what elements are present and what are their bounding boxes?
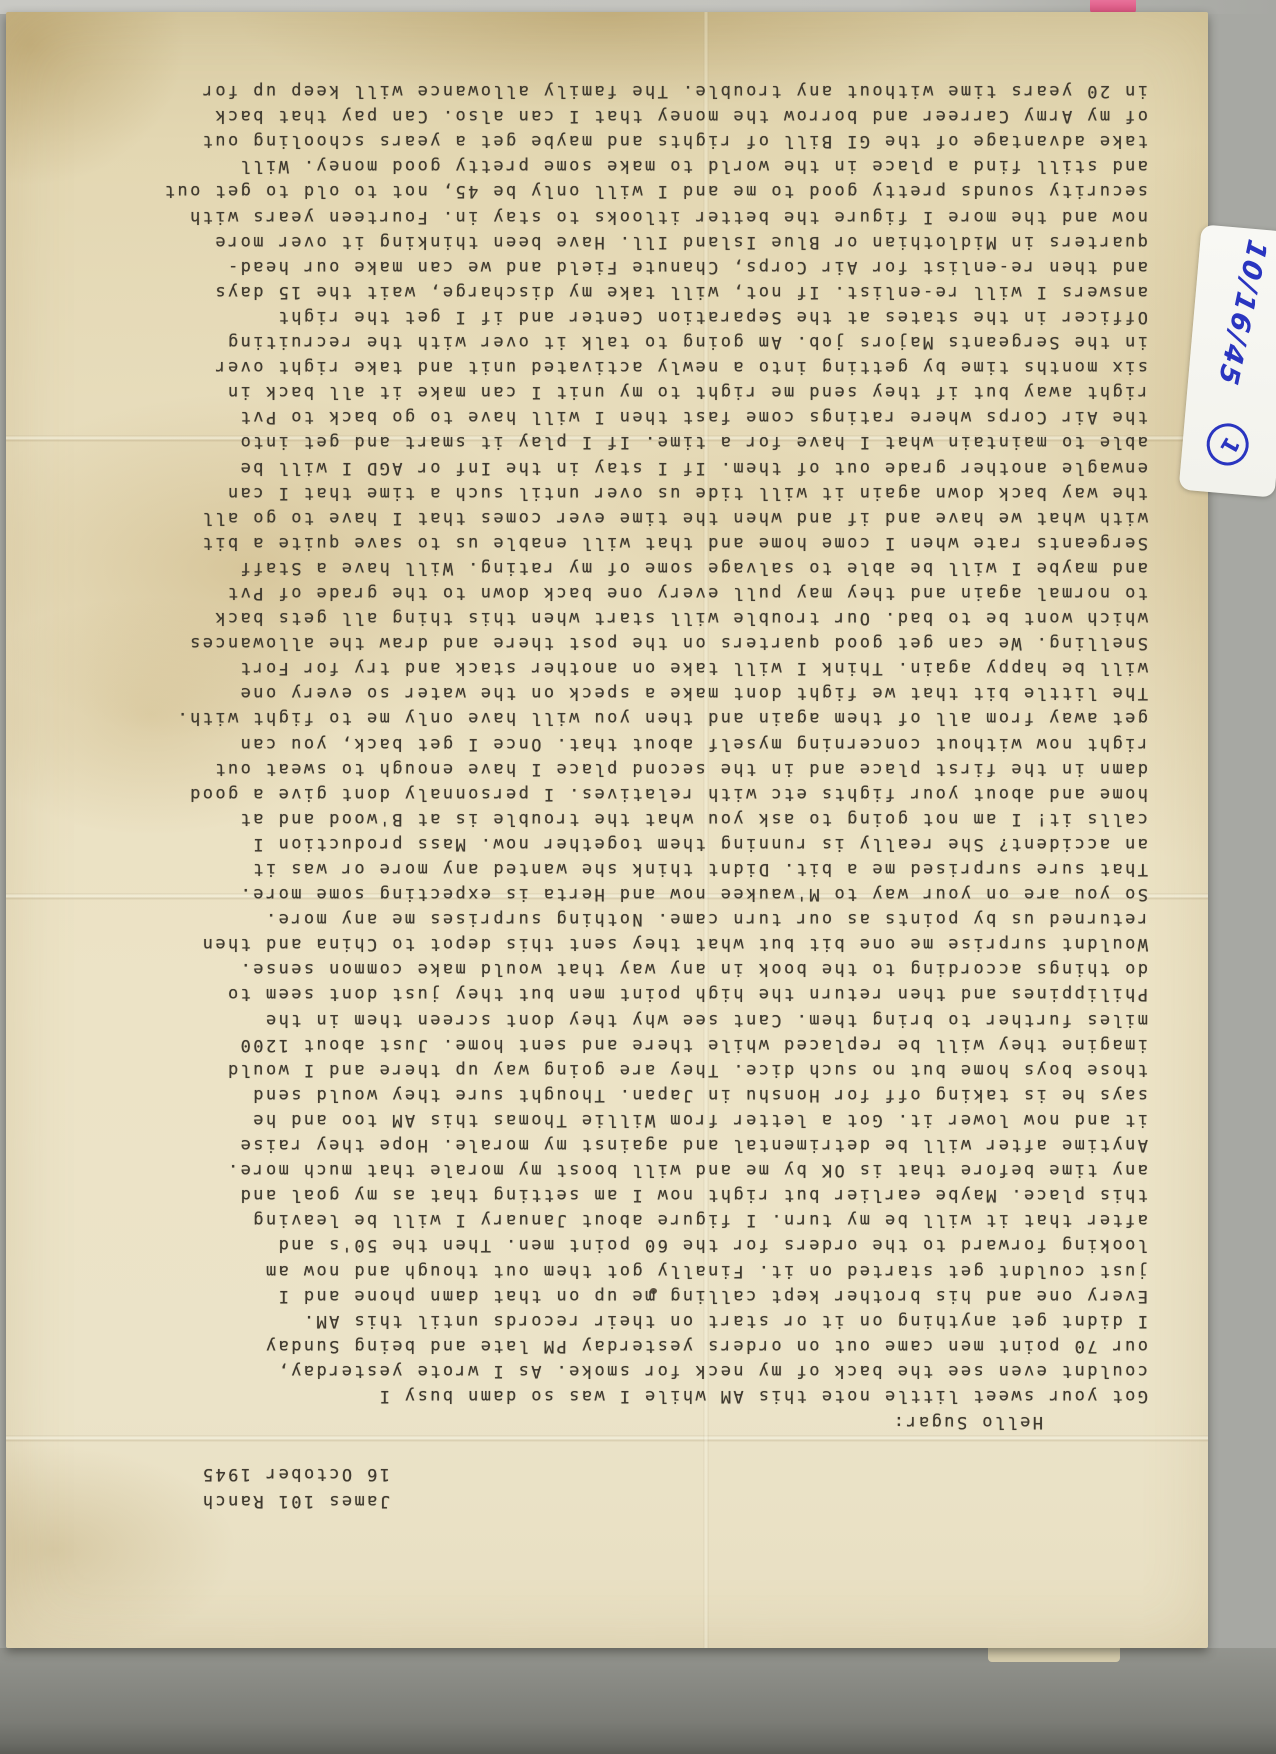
- letter-line: couldnt even see the back of my neck for…: [162, 1358, 1148, 1383]
- letter-line: I didnt get anything on it or start on t…: [162, 1308, 1148, 1333]
- letter-line: Anytime after will be detrimental and ag…: [162, 1132, 1148, 1157]
- letter-line: home and about your fights etc with rela…: [162, 781, 1148, 806]
- letter-line: after that it will be my turn. I figure …: [162, 1207, 1148, 1232]
- letter-line: imagine they will be replaced while ther…: [162, 1032, 1148, 1057]
- letter-line: answers I will re-enlist. If not, will t…: [162, 279, 1148, 304]
- letter-line: the Air Corps where ratings come fast th…: [162, 404, 1148, 429]
- scanned-letter-page: { "letter": { "letterhead": ["James 101 …: [0, 0, 1276, 1754]
- letter-line: right away but if they send me right to …: [162, 379, 1148, 404]
- letter-line: with what we have and if and when the ti…: [162, 505, 1148, 530]
- letter-line: and still find a place in the world to m…: [162, 153, 1148, 178]
- letter-line: Philippines and then return the high poi…: [162, 981, 1148, 1006]
- letter-paper: James 101 Ranch 16 October 1945 Hello Su…: [6, 12, 1208, 1648]
- letter-line: calls it! I am not going to ask you what…: [162, 806, 1148, 831]
- letter-line: looking forward to the orders for the 60…: [162, 1232, 1148, 1257]
- letter-line: Sergeants rate when I come home and that…: [162, 530, 1148, 555]
- letter-line: So you are on your way to M'waukee now a…: [162, 881, 1148, 906]
- letter-line: Wouldnt surprise me one bit but what the…: [162, 931, 1148, 956]
- letter-line: the way back down again it will tide us …: [162, 480, 1148, 505]
- letter-line: an accident? She really is running them …: [162, 831, 1148, 856]
- letter-line: will be happy again. Think I will take o…: [162, 655, 1148, 680]
- letter-line: damn in the first place and in the secon…: [162, 756, 1148, 781]
- letter-line: Snelling. We can get good quarters on th…: [162, 630, 1148, 655]
- letter-line: this place. Maybe earlier but right now …: [162, 1182, 1148, 1207]
- letter-line: Officer in the states at the Separation …: [162, 304, 1148, 329]
- letterhead-ranch: James 101 Ranch: [200, 1487, 390, 1514]
- typed-letter-upside-down: James 101 Ranch 16 October 1945 Hello Su…: [6, 12, 1208, 1648]
- sticker-handwritten-date: 10/16/45: [1212, 236, 1273, 390]
- letter-line: just couldnt get started on it. Finally …: [162, 1257, 1148, 1282]
- letter-line: in the Sergeants Majors job. Am going to…: [162, 329, 1148, 354]
- letter-line: returned us by points as our turn came. …: [162, 906, 1148, 931]
- scanner-background-bottom: [0, 1648, 1276, 1754]
- letter-line: Every one and his brother kept calling m…: [162, 1283, 1148, 1308]
- letter-line: do things according to the book in any w…: [162, 956, 1148, 981]
- letter-line: take advantage of the GI Bill of rights …: [162, 128, 1148, 153]
- letter-line: six months time by getting into a newly …: [162, 354, 1148, 379]
- letterhead: James 101 Ranch 16 October 1945: [200, 1460, 390, 1514]
- letter-line: right now without concerning myself abou…: [162, 730, 1148, 755]
- letter-line: get away from all of them again and then…: [162, 705, 1148, 730]
- letterhead-date: 16 October 1945: [200, 1460, 390, 1487]
- letter-line: in 20 years time without any trouble. Th…: [162, 78, 1148, 103]
- letter-line: now and the more I figure the better itl…: [162, 204, 1148, 229]
- letter-line: miles further to bring them. Cant see wh…: [162, 1007, 1148, 1032]
- letter-line: That sure surprised me a bit. Didnt thin…: [162, 856, 1148, 881]
- letter-line: able to maintain what I have for a time.…: [162, 429, 1148, 454]
- letter-line: Got your sweet little note this AM while…: [162, 1383, 1148, 1408]
- letter-line: any time before that is OK by me and wil…: [162, 1157, 1148, 1182]
- letter-line: it and now lower it. Got a letter from W…: [162, 1107, 1148, 1132]
- page-number-badge: 1: [1199, 416, 1256, 473]
- letter-line: and then re-enlist for Air Corps, Chanut…: [162, 254, 1148, 279]
- letter-line: and maybe I will be able to salvage some…: [162, 555, 1148, 580]
- letter-line: those boys home but no such dice. They a…: [162, 1057, 1148, 1082]
- letter-line: of my Army Carreer and borrow the money …: [162, 103, 1148, 128]
- letter-line: security sounds pretty good to me and I …: [162, 178, 1148, 203]
- salutation: Hello Sugar:: [891, 1409, 1043, 1434]
- letter-line: which wont be to bad. Our trouble will s…: [162, 605, 1148, 630]
- letter-body: Got your sweet little note this AM while…: [162, 78, 1148, 1408]
- letter-line: says he is taking off for Honshu in Japa…: [162, 1082, 1148, 1107]
- letter-line: to normal again and they may pull every …: [162, 580, 1148, 605]
- letter-line: our 70 point men came out on orders yest…: [162, 1333, 1148, 1358]
- letter-line: enwagle another grade out of them. If I …: [162, 454, 1148, 479]
- letter-line: quarters in Midlothian or Blue Island Il…: [162, 229, 1148, 254]
- letter-line: The little bit that we fight dont make a…: [162, 680, 1148, 705]
